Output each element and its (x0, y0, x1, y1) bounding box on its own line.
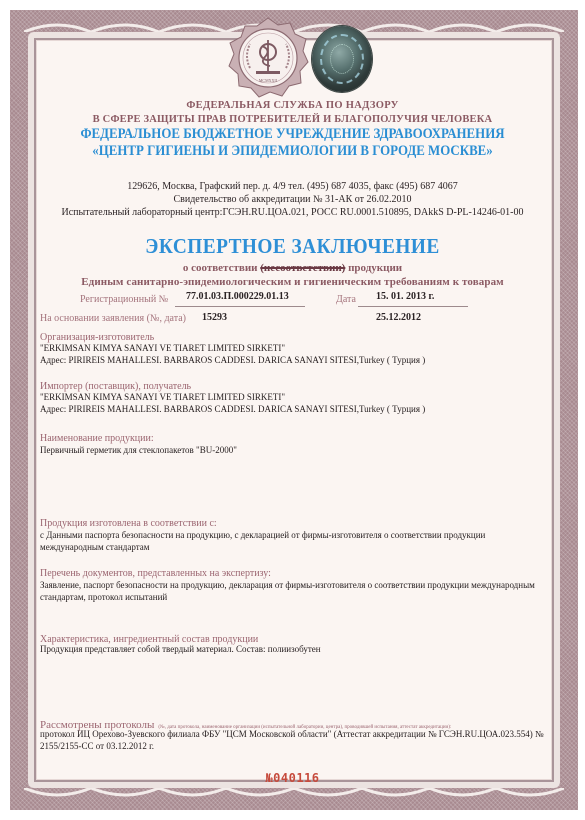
serial-number: №040116 (0, 771, 585, 785)
protocols-line-1: протокол ИЦ Орехово-Зуевского филиала ФБ… (40, 729, 544, 740)
emblem-seal-icon: MCMXXII (226, 16, 310, 100)
product-name-value: Первичный герметик для стеклопакетов "BU… (40, 445, 237, 456)
institution-line-1: ФЕДЕРАЛЬНОЕ БЮДЖЕТНОЕ УЧРЕЖДЕНИЕ ЗДРАВОО… (41, 126, 544, 143)
accreditation-certificate: Свидетельство об аккредитации № 31-АК от… (0, 194, 585, 205)
subtitle-prefix: о соответствии (183, 262, 260, 274)
svg-text:MCMXXII: MCMXXII (259, 78, 278, 83)
manufacturer-label: Организация-изготовитель (40, 332, 154, 343)
protocols-line-2: 2155/2155-СС от 03.12.2012 г. (40, 741, 154, 752)
subtitle-struck-option: (несоответствии) (260, 262, 345, 274)
manufactured-per-line-1: с Данными паспорта безопасности на проду… (40, 530, 485, 541)
composition-value: Продукция представляет собой твердый мат… (40, 644, 321, 655)
documents-label: Перечень документов, представленных на э… (40, 568, 271, 579)
manufactured-per-label: Продукция изготовлена в соответствии с: (40, 518, 217, 529)
documents-line-2: стандартам, протокол испытаний (40, 592, 167, 603)
title-subtitle-line-1: о соответствии (несоответствии) продукци… (0, 262, 585, 274)
documents-line-1: Заявление, паспорт безопасности на проду… (40, 580, 535, 591)
date-value: 15. 01. 2013 г. (376, 291, 434, 302)
importer-label: Импортер (поставщик), получатель (40, 381, 191, 392)
border-ornament-bottom (24, 788, 564, 802)
institution-line-2: «ЦЕНТР ГИГИЕНЫ И ЭПИДЕМИОЛОГИИ В ГОРОДЕ … (41, 143, 544, 160)
manufacturer-address: Адрес: PIRIREIS MAHALLESI. BARBAROS CADD… (40, 355, 425, 366)
hologram-sticker (312, 26, 372, 92)
application-label: На основании заявления (№, дата) (40, 313, 186, 324)
title-subtitle-line-2: Единым санитарно-эпидемиологическим и ги… (0, 276, 585, 288)
registration-number-label: Регистрационный № (80, 294, 168, 305)
registration-number-underline (175, 306, 305, 307)
importer-name: "ERKIMSAN KIMYA SANAYI VE TIARET LIMITED… (40, 392, 285, 403)
manufactured-per-line-2: международным стандартам (40, 542, 149, 553)
manufacturer-name: "ERKIMSAN KIMYA SANAYI VE TIARET LIMITED… (40, 343, 285, 354)
registration-number-value: 77.01.03.П.000229.01.13 (186, 291, 289, 302)
institution-address: 129626, Москва, Графский пер. д. 4/9 тел… (0, 181, 585, 192)
lab-center-ids: Испытательный лабораторный центр:ГСЭН.RU… (0, 207, 585, 218)
importer-address: Адрес: PIRIREIS MAHALLESI. BARBAROS CADD… (40, 404, 425, 415)
agency-line-2: В СФЕРЕ ЗАЩИТЫ ПРАВ ПОТРЕБИТЕЛЕЙ И БЛАГО… (0, 114, 585, 125)
date-underline (358, 306, 468, 307)
subtitle-suffix: продукции (345, 262, 402, 274)
product-name-label: Наименование продукции: (40, 433, 154, 444)
date-label: Дата (336, 294, 356, 305)
agency-line-1: ФЕДЕРАЛЬНАЯ СЛУЖБА ПО НАДЗОРУ (0, 100, 585, 111)
application-number: 15293 (202, 312, 227, 323)
application-date: 25.12.2012 (376, 312, 421, 323)
document-title: ЭКСПЕРТНОЕ ЗАКЛЮЧЕНИЕ (23, 234, 561, 259)
